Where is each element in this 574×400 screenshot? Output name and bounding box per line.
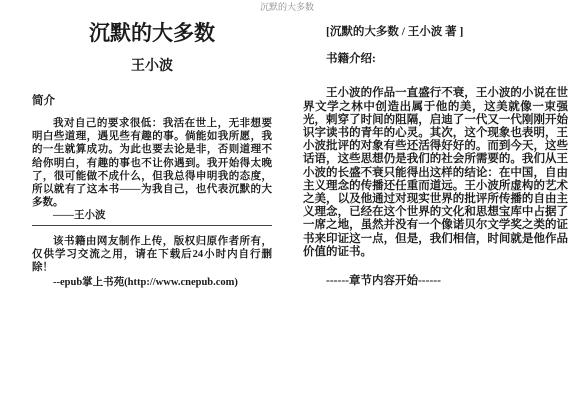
chapter-start-marker: ------章节内容开始------ <box>303 275 568 288</box>
reader-page: { "page": { "header_title": "沉默的大多数" }, … <box>0 0 574 400</box>
book-intro-paragraph: 王小波的作品一直盛行不衰，王小波的小说在世界文学之林中创造出属于他的美，这美就像… <box>303 87 568 259</box>
author-signature: ——王小波 <box>32 209 272 225</box>
book-author: 王小波 <box>32 59 272 74</box>
author-intro-paragraph: 我对自己的要求很低：我活在世上，无非想要明白些道理，遇见些有趣的事。倘能如我所愿… <box>32 117 272 209</box>
source-attribution: --epub掌上书苑(http://www.cnepub.com) <box>32 276 272 289</box>
copyright-notice: 该书籍由网友制作上传，版权归原作者所有，仅供学习交流之用，请在下载后24小时内自… <box>32 235 272 275</box>
book-label: [沉默的大多数 / 王小波 著 ] <box>303 26 568 39</box>
book-title: 沉默的大多数 <box>32 20 272 47</box>
right-page: [沉默的大多数 / 王小波 著 ] 书籍介绍: 王小波的作品一直盛行不衰，王小波… <box>303 0 568 288</box>
section-heading-intro: 简介 <box>32 95 272 108</box>
left-page: 沉默的大多数 王小波 简介 我对自己的要求很低：我活在世上，无非想要明白些道理，… <box>32 0 272 289</box>
book-intro-heading: 书籍介绍: <box>303 53 568 66</box>
